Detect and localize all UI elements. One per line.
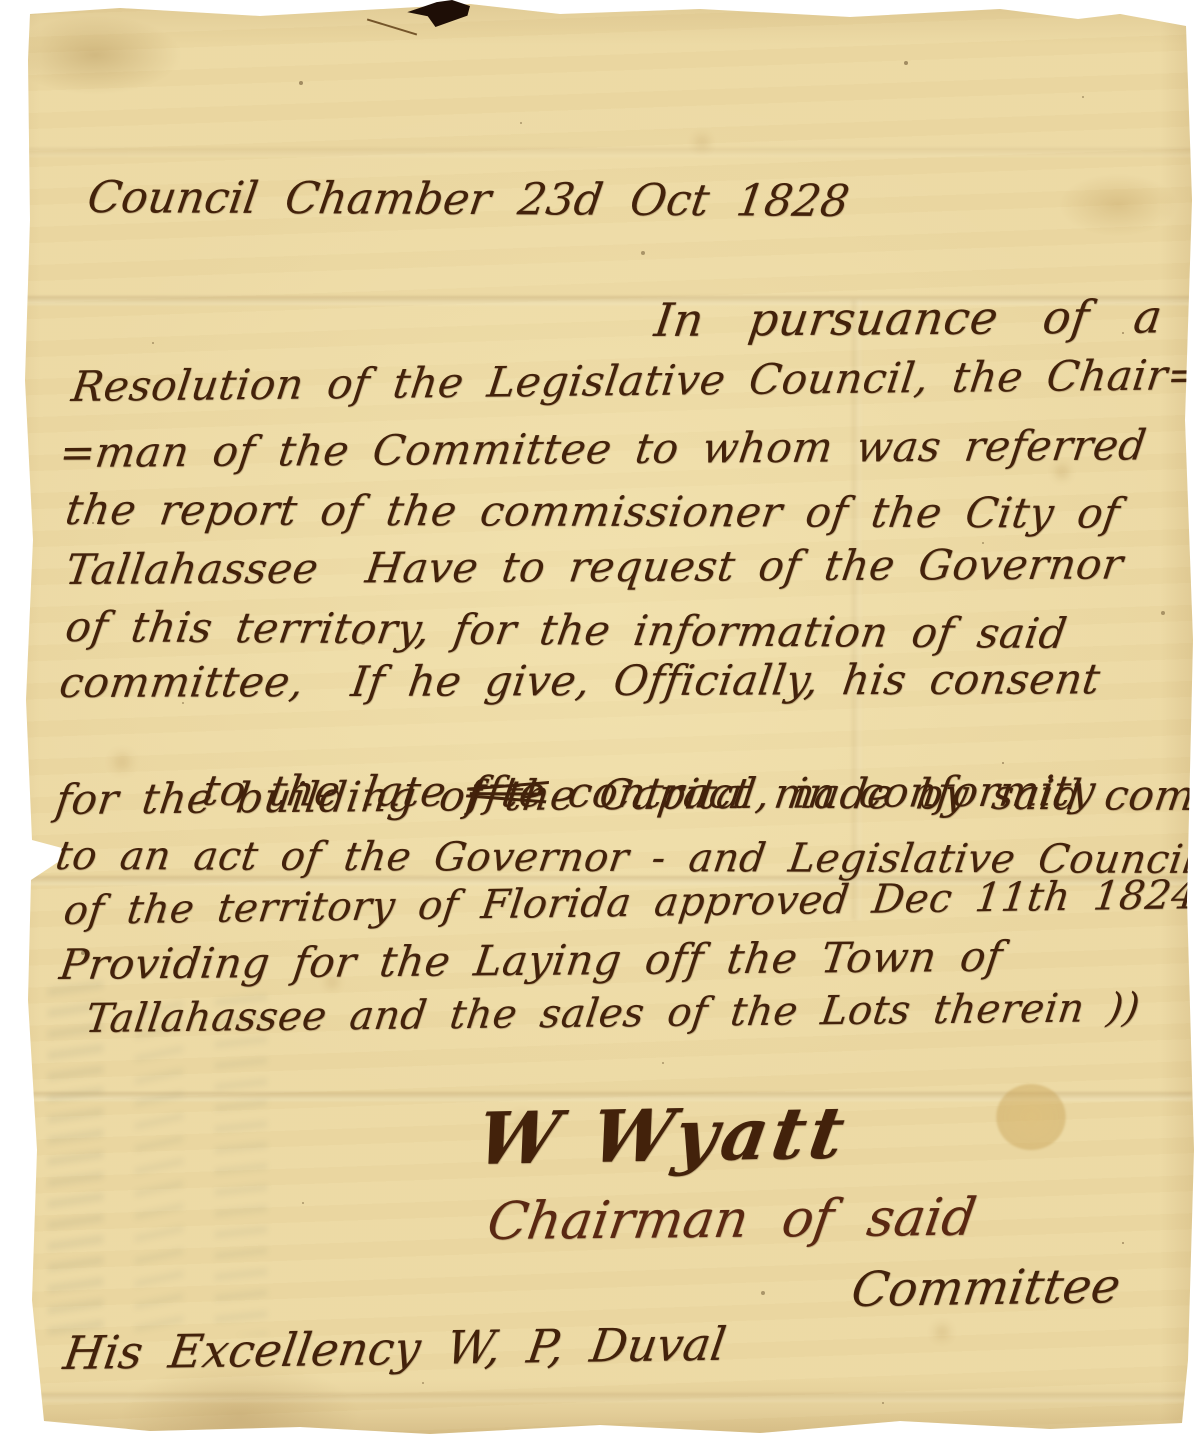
aged-paper-sheet: Council Chamber 23d Oct 1828 In pursuanc… (0, 0, 1200, 1449)
fold-line (26, 1393, 1192, 1402)
body-line: Providing for the Laying off the Town of (57, 932, 1006, 989)
body-line: Tallahassee and the sales of the Lots th… (83, 985, 1143, 1042)
body-indent-line: In pursuance of a (651, 289, 1165, 347)
bleed-through-writing (135, 995, 183, 1335)
scanned-letter: Council Chamber 23d Oct 1828 In pursuanc… (0, 0, 1200, 1449)
fold-line (26, 148, 1192, 157)
body-line: =man of the Committee to whom was referr… (57, 420, 1150, 477)
body-line: committee, If he give, Officially, his c… (57, 654, 1104, 707)
signature: W Wyatt (471, 1090, 854, 1181)
foxing-spots (0, 0, 4, 4)
ink-stain (996, 1084, 1066, 1150)
crossed-out-word: the (1111, 413, 1200, 558)
body-line: for the building of the Capital, in conf… (53, 766, 1099, 824)
address-line: His Excellency W, P, Duval (60, 1317, 729, 1380)
body-line: of this territory, for the information o… (62, 602, 1070, 658)
signature-title-line: Committee (848, 1258, 1124, 1318)
dateline: Council Chamber 23d Oct 1828 (84, 172, 852, 227)
body-line: the report of the commissioner of the Ci… (62, 485, 1123, 538)
signature-title-line: Chairman of said (484, 1188, 980, 1252)
paper-specks (0, 0, 2, 2)
body-line: Tallahassee Have to request of the Gover… (63, 539, 1127, 594)
body-line: Resolution of the Legislative Council, t… (69, 350, 1200, 411)
